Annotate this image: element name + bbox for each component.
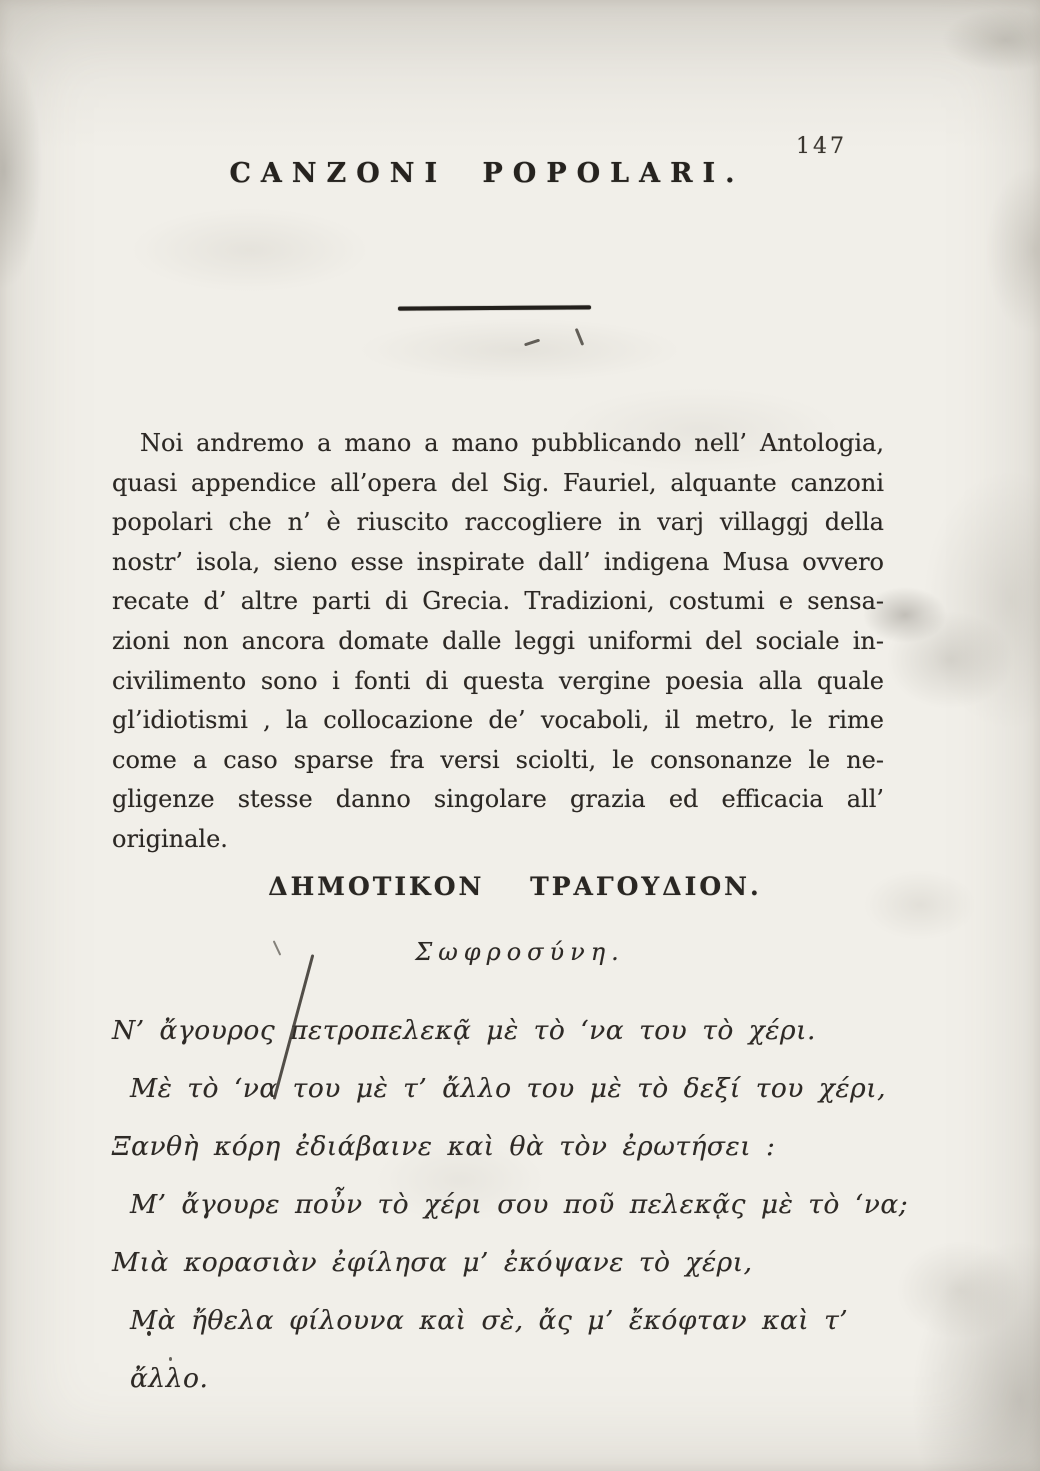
paragraph-line: quasi appendice all’opera del Sig. Fauri… (112, 464, 884, 504)
scanned-book-page: 147 CANZONI POPOLARI. Noi andremo a mano… (0, 0, 1040, 1471)
section-divider-rule (398, 305, 591, 310)
paragraph-line: recate d’ altre parti di Grecia. Tradizi… (112, 582, 884, 622)
paragraph-line: popolari che n’ è riuscito raccogliere i… (112, 503, 884, 543)
greek-poem-title: Σωφροσύνη. (0, 938, 1040, 966)
verse-line: Μὰ ἤθελα φίλουνα καὶ σὲ, ἄς μ’ ἔκόφταν κ… (112, 1292, 932, 1408)
page-title: CANZONI POPOLARI. (0, 158, 1040, 189)
ink-speck (169, 1357, 172, 1361)
paragraph-line: nostr’ isola, sieno esse inspirate dall’… (112, 543, 884, 583)
paragraph-line: zioni non ancora domate dalle leggi unif… (112, 622, 884, 662)
intro-paragraph: Noi andremo a mano a mano pubblicando ne… (112, 424, 884, 860)
greek-section-heading: ΔΗΜΟΤΙΚΟΝ ΤΡΑΓΟΥΔΙΟΝ. (0, 872, 1040, 901)
paragraph-line: come a caso sparse fra versi sciolti, le… (112, 741, 884, 781)
paragraph-line: originale. (112, 820, 884, 860)
paragraph-line: gligenze stesse danno singolare grazia e… (112, 780, 884, 820)
stray-pen-slash-mark (575, 328, 584, 346)
verse-line: Μιὰ κορασιὰν ἐφίλησα μ’ ἐκόψανε τὸ χέρι, (112, 1234, 932, 1292)
paragraph-line: Noi andremo a mano a mano pubblicando ne… (112, 424, 884, 464)
page-number: 147 (796, 134, 847, 159)
greek-verse-block: Ν’ ἄγουρος πετροπελεκᾷ μὲ τὸ ‘να του τὸ … (112, 1002, 932, 1408)
verse-line: Μὲ τὸ ‘να του μὲ τ’ ἄλλο του μὲ τὸ δεξί … (112, 1060, 932, 1118)
verse-line: Ξανθὴ κόρη ἐδιάβαινε καὶ θὰ τὸν ἐρωτήσει… (112, 1118, 932, 1176)
stray-pen-tick-mark (524, 339, 540, 346)
verse-line: Ν’ ἄγουρος πετροπελεκᾷ μὲ τὸ ‘να του τὸ … (112, 1002, 932, 1060)
paragraph-line: gl’idiotismi , la collocazione de’ vocab… (112, 701, 884, 741)
verse-line: Μ’ ἄγουρε ποὖν τὸ χέρι σου ποῦ πελεκᾷς μ… (112, 1176, 932, 1234)
paragraph-line: civilimento sono i fonti di questa vergi… (112, 662, 884, 702)
ink-speck (147, 1331, 151, 1336)
